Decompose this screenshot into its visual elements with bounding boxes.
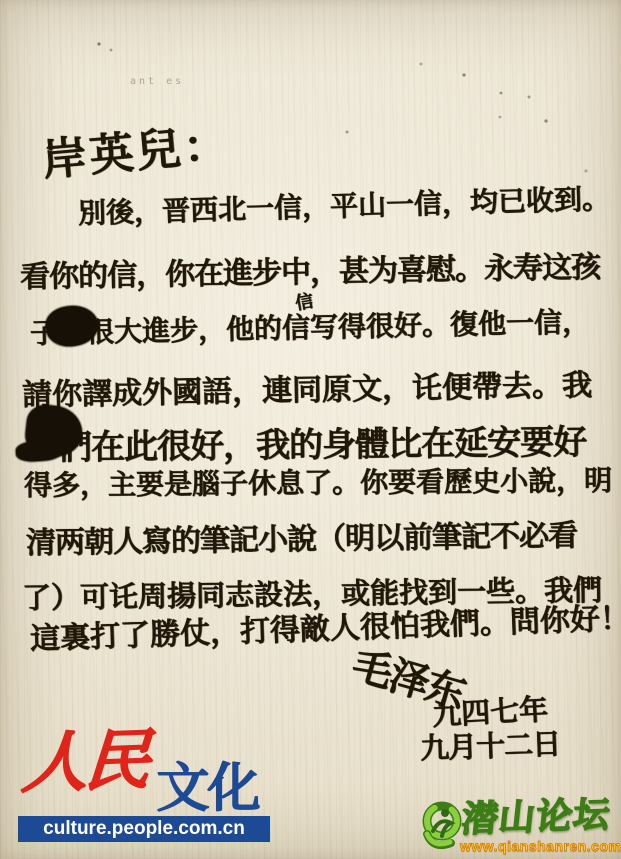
- qianshan-forum-url: www.qianshanren.com: [460, 838, 621, 854]
- qianshan-forum-name: 潜山论坛: [460, 797, 612, 838]
- letter-line: 清两朝人寫的筆記小說（明以前筆記不必看: [26, 510, 578, 562]
- figure-in-circle-icon: [420, 798, 464, 852]
- people-calligraphy-text: 人民: [19, 726, 148, 796]
- faint-pencil-note: ant es: [130, 76, 184, 87]
- people-culture-url: culture.people.com.cn: [43, 818, 245, 839]
- people-culture-url-bar: culture.people.com.cn: [18, 816, 270, 842]
- culture-logo-text: 文化: [156, 762, 258, 815]
- date-day: 九月十二日: [419, 722, 560, 768]
- letter-line: 得多，主要是腦子休息了。你要看歷史小說，明: [24, 459, 612, 504]
- scanned-letter-photo: ant es 岸英兒： 別後，晋西北一信，平山一信，均已收到。 看你的信，你在進…: [0, 0, 621, 859]
- dust-specks: [0, 0, 2, 2]
